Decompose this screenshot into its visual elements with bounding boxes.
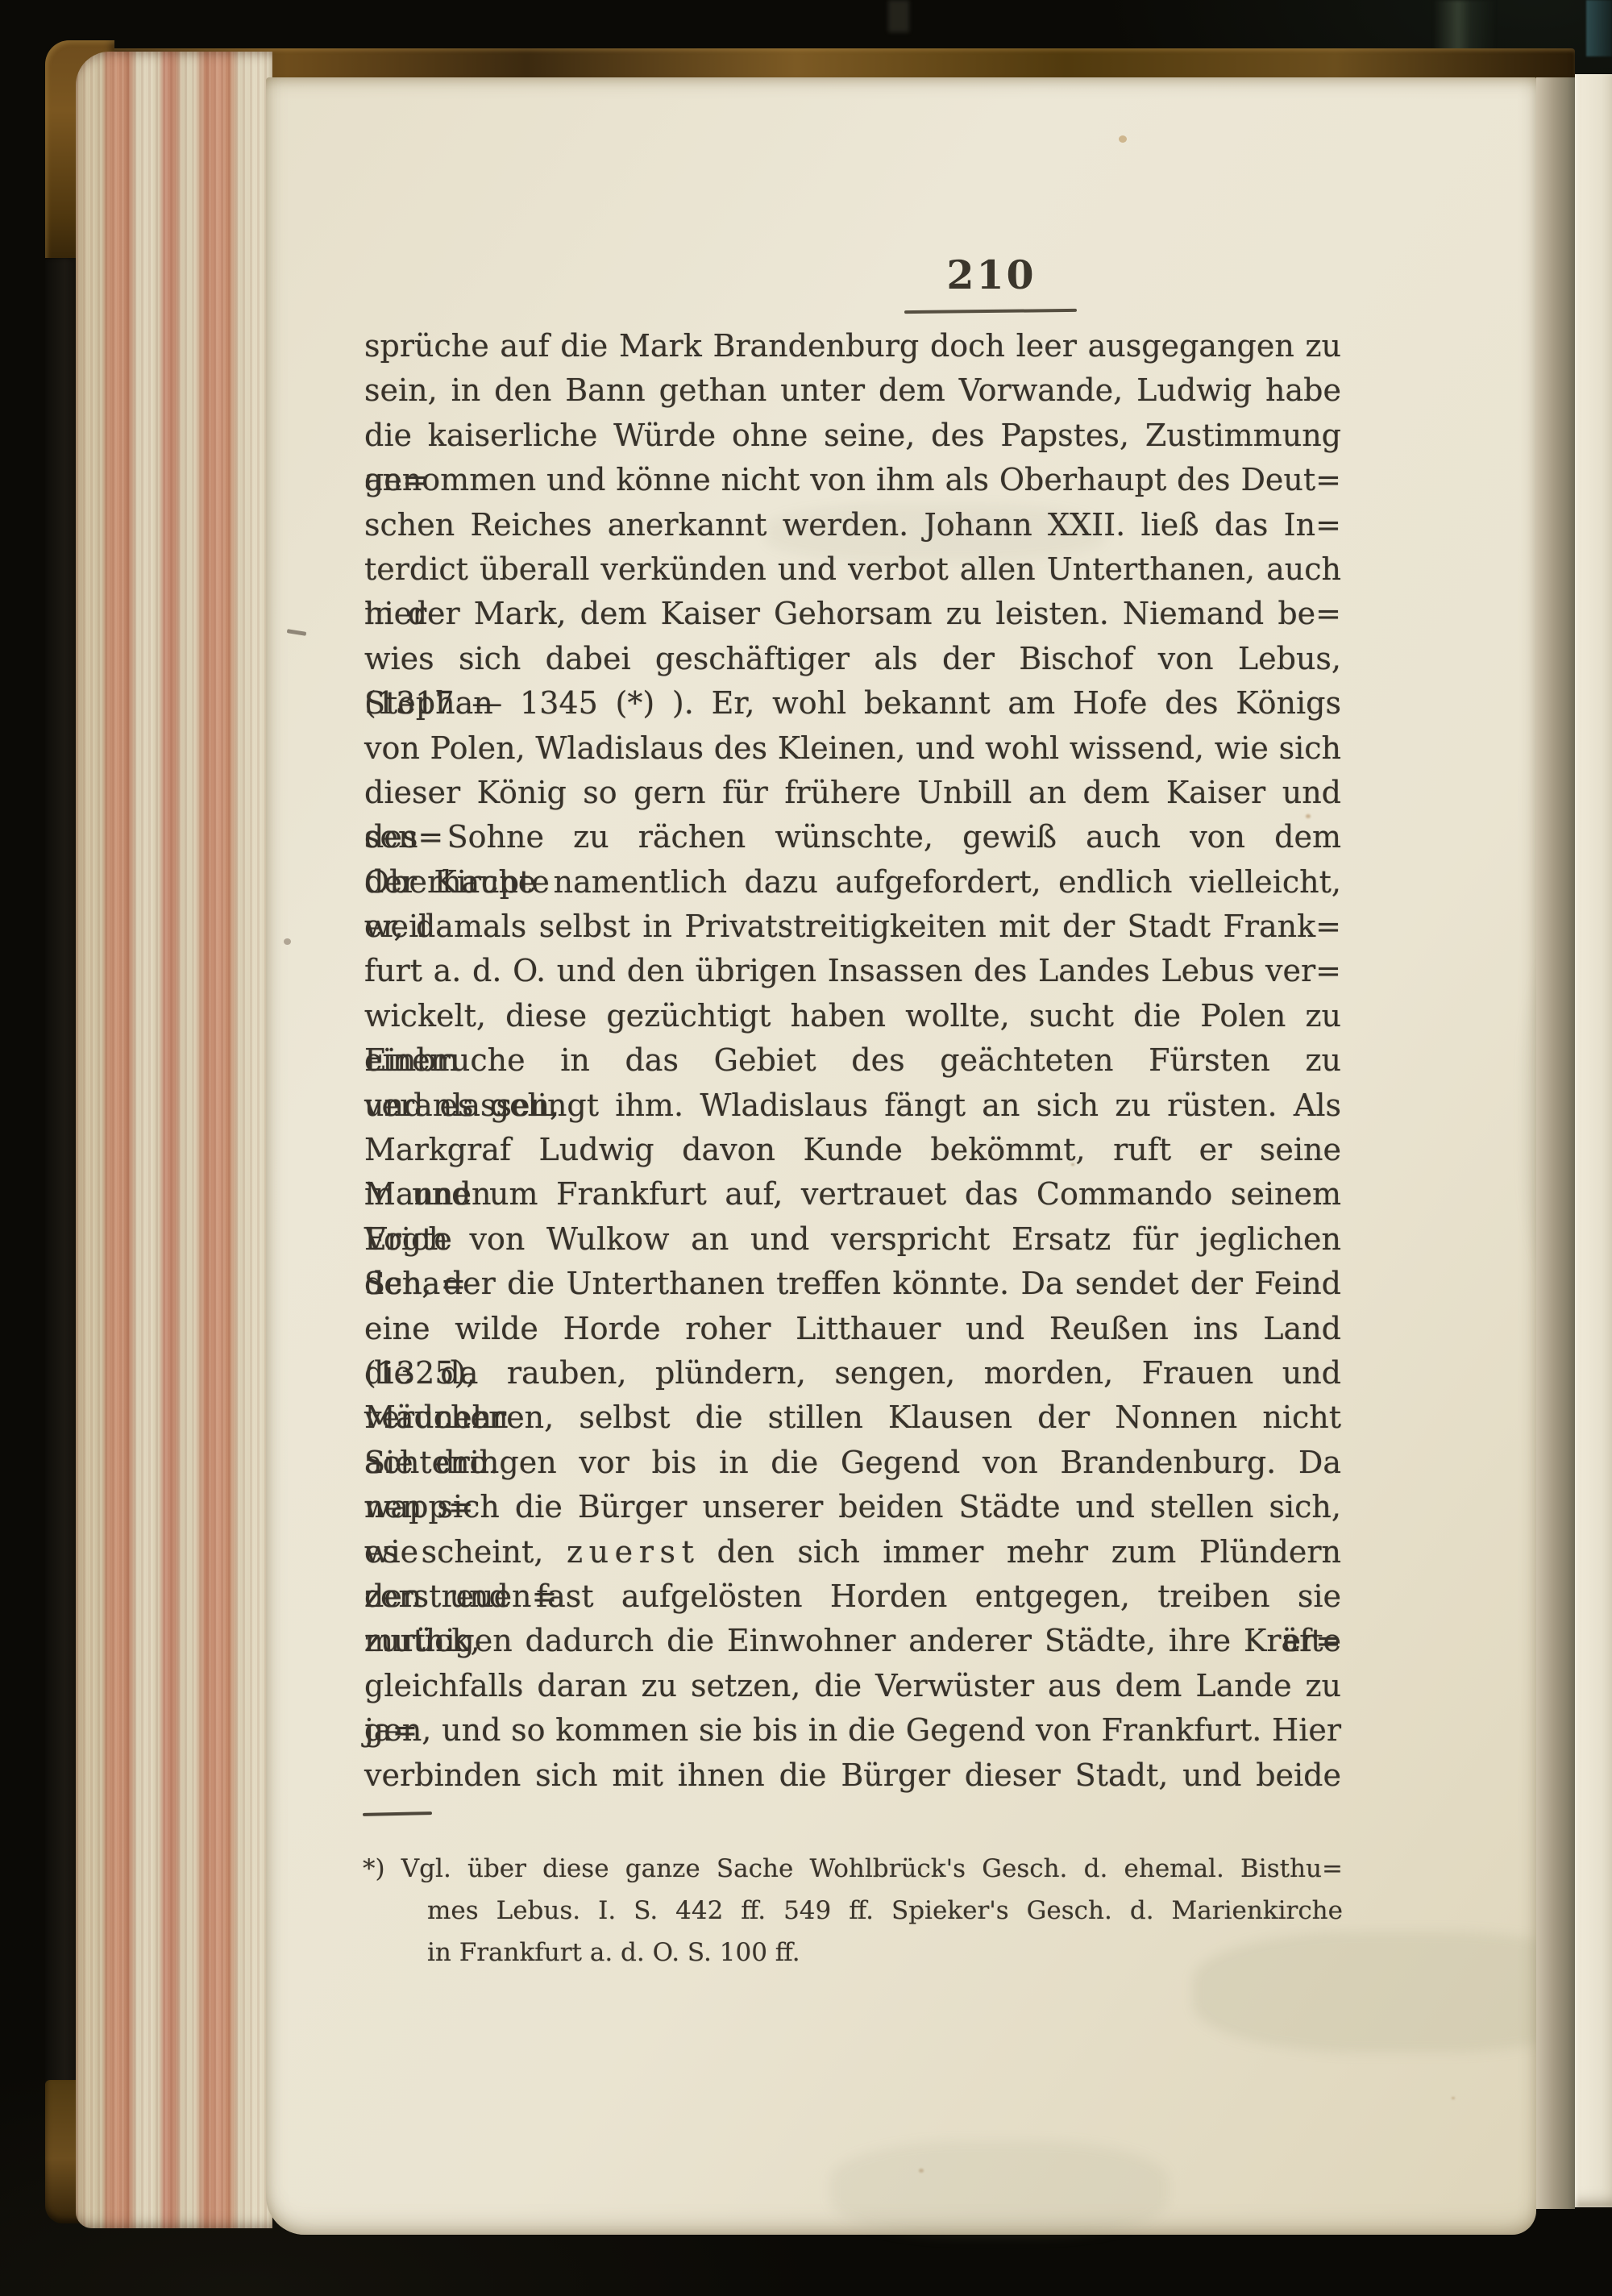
text-line: wies sich dabei geschäftiger als der Bis… xyxy=(364,637,1341,681)
text-line: dieser König so gern für frühere Unbill … xyxy=(364,771,1341,815)
text-line: wickelt, diese gezüchtigt haben wollte, … xyxy=(364,994,1341,1038)
text-line: die da rauben, plündern, sengen, morden,… xyxy=(364,1351,1341,1395)
text-line: terdict überall verkünden und verbot all… xyxy=(364,547,1341,592)
text-line: sen Sohne zu rächen wünschte, gewiß auch… xyxy=(364,815,1341,859)
text-line: schen Reiches anerkannt werden. Johann X… xyxy=(364,503,1341,547)
facing-page-edge xyxy=(1575,74,1612,2207)
text-line: Einbruche in das Gebiet des geächteten F… xyxy=(364,1038,1341,1083)
foxing-speck xyxy=(1119,135,1127,143)
text-line: Markgraf Ludwig davon Kunde bekömmt, ruf… xyxy=(364,1128,1341,1172)
text-line: nen sich die Bürger unserer beiden Städt… xyxy=(364,1485,1341,1529)
footnote-block: *) Vgl. über diese ganze Sache Wohlbrück… xyxy=(363,1848,1343,1974)
margin-speck xyxy=(284,938,291,945)
text-line: Erich von Wulkow an und verspricht Ersat… xyxy=(364,1217,1341,1262)
cover-cloth-faint-streak xyxy=(888,0,909,32)
text-line: von Polen, Wladislaus des Kleinen, und w… xyxy=(364,726,1341,771)
text-line: er, damals selbst in Privatstreitigkeite… xyxy=(364,905,1341,949)
footnote-line: in Frankfurt a. d. O. S. 100 ff. xyxy=(427,1932,1343,1974)
page-block-fore-edge xyxy=(76,52,272,2228)
footnote-line: mes Lebus. I. S. 442 ff. 549 ff. Spieker… xyxy=(427,1890,1343,1932)
text-line: in und um Frankfurt auf, vertrauet das C… xyxy=(364,1172,1341,1217)
text-line: muthigen dadurch die Einwohner anderer S… xyxy=(364,1619,1341,1663)
footnote-line: *) Vgl. über diese ganze Sache Wohlbrück… xyxy=(363,1848,1343,1890)
text-line: in der Mark, dem Kaiser Gehorsam zu leis… xyxy=(364,592,1341,636)
text-line: sprüche auf die Mark Brandenburg doch le… xyxy=(364,324,1341,368)
text-line: genommen und könne nicht von ihm als Obe… xyxy=(364,458,1341,502)
text-line: gen, und so kommen sie bis in die Gegend… xyxy=(364,1708,1341,1753)
cover-cloth-teal-streak xyxy=(1586,0,1612,56)
text-line: eine wilde Horde roher Litthauer und Reu… xyxy=(364,1307,1341,1351)
text-line: verbinden sich mit ihnen die Bürger dies… xyxy=(364,1753,1341,1798)
text-line: den, der die Unterthanen treffen könnte.… xyxy=(364,1262,1341,1306)
text-line: Sie dringen vor bis in die Gegend von Br… xyxy=(364,1441,1341,1485)
text-line: verunehren, selbst die stillen Klausen d… xyxy=(364,1395,1341,1440)
text-line: es scheint, z u e r s t den sich immer m… xyxy=(364,1530,1341,1574)
main-text-block: sprüche auf die Mark Brandenburg doch le… xyxy=(364,324,1341,1798)
text-line: den und fast aufgelösten Horden entgegen… xyxy=(364,1574,1341,1619)
page-gutter-shadow xyxy=(1536,77,1575,2209)
book-photo: { "page": { "folio": "210", "main_lines"… xyxy=(0,0,1612,2296)
ink-bleed-through xyxy=(830,2141,1169,2238)
text-line: der Kirche namentlich dazu aufgefordert,… xyxy=(364,860,1341,905)
text-line: furt a. d. O. und den übrigen Insassen d… xyxy=(364,949,1341,993)
text-line: und es gelingt ihm. Wladislaus fängt an … xyxy=(364,1084,1341,1128)
text-line: die kaiserliche Würde ohne seine, des Pa… xyxy=(364,414,1341,458)
page-number: 210 xyxy=(903,252,1080,298)
text-line: gleichfalls daran zu setzen, die Verwüst… xyxy=(364,1664,1341,1708)
text-line: sein, in den Bann gethan unter dem Vorwa… xyxy=(364,368,1341,413)
text-line: (1317 — 1345 (*) ). Er, wohl bekannt am … xyxy=(364,681,1341,726)
